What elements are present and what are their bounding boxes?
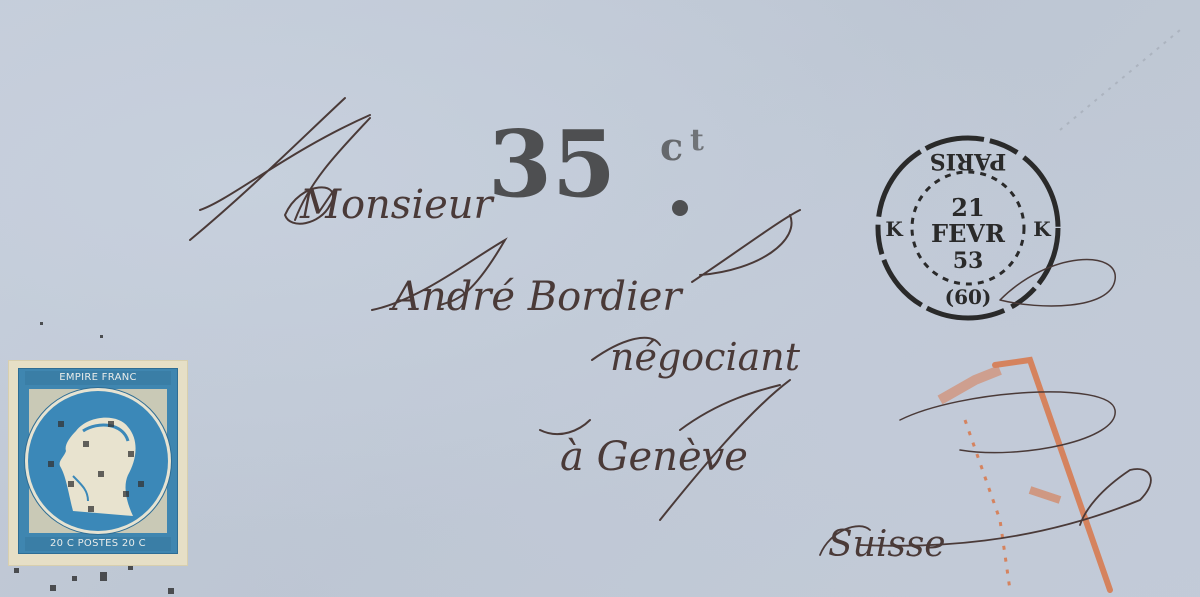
svg-text:à Genève: à Genève (560, 434, 748, 480)
svg-text:K: K (885, 217, 903, 241)
svg-text:André Bordier: André Bordier (388, 274, 684, 320)
stamp-frame: EMPIRE FRANC (18, 368, 178, 554)
postal-cover: 35 c t PARIS 21 FEVR 53 (60) K K (0, 0, 1200, 597)
svg-text:PARIS: PARIS (930, 148, 1006, 174)
svg-text:21: 21 (951, 193, 984, 222)
svg-text:K: K (1033, 217, 1051, 241)
svg-text:c: c (660, 124, 683, 169)
postage-stamp: EMPIRE FRANC (8, 360, 188, 566)
stamp-top-text: EMPIRE FRANC (25, 371, 171, 385)
tax-marking: 35 c t (488, 110, 704, 218)
handwritten-text: Monsieur André Bordier négociant à Genèv… (299, 182, 946, 565)
svg-text:négociant: négociant (610, 335, 801, 379)
svg-text:Monsieur: Monsieur (299, 182, 496, 228)
stamp-bottom-text: 20 C POSTES 20 C (25, 537, 171, 551)
postmark: PARIS 21 FEVR 53 (60) K K (878, 138, 1058, 318)
svg-text:Suisse: Suisse (828, 524, 946, 565)
svg-text:53: 53 (953, 248, 984, 274)
stamp-inner (29, 389, 167, 533)
svg-text:35: 35 (488, 110, 616, 218)
svg-text:(60): (60) (945, 285, 992, 309)
svg-text:FEVR: FEVR (931, 219, 1006, 248)
svg-text:t: t (690, 123, 704, 158)
napoleon-profile-icon (28, 391, 168, 531)
